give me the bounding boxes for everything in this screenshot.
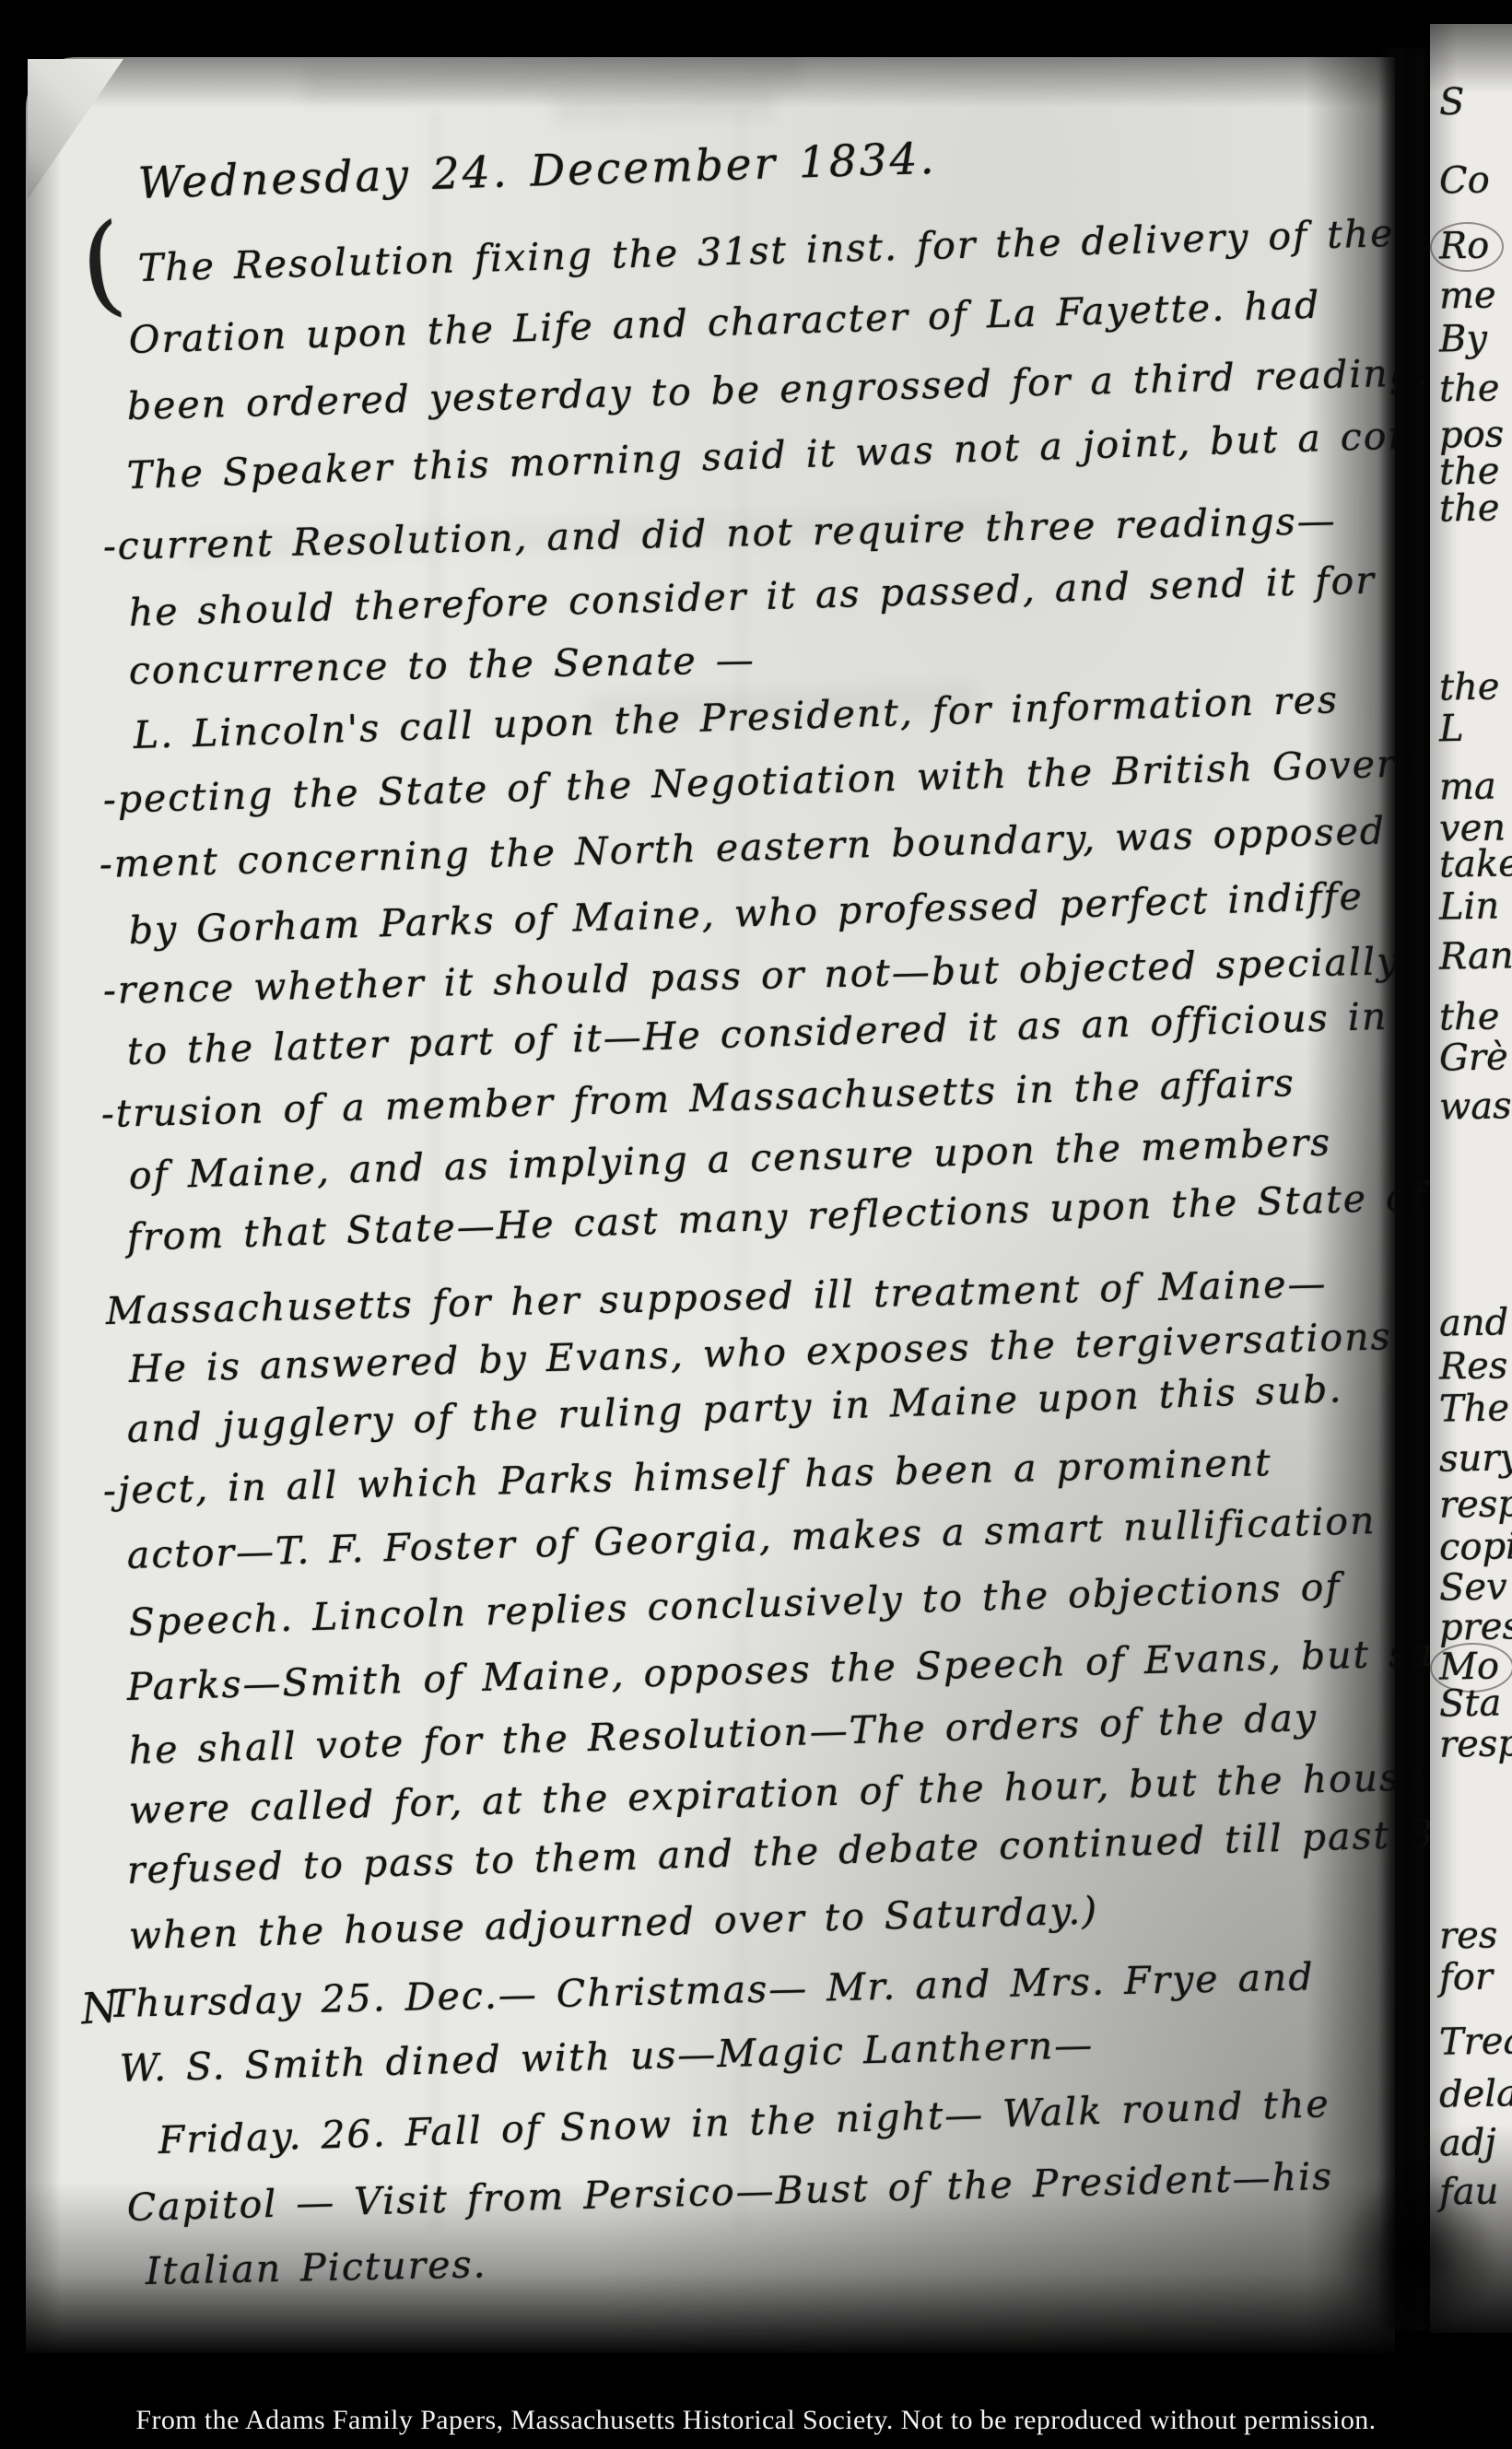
facing-page-fragment: resp: [1439, 1725, 1512, 1764]
facing-page-fragment: Sta: [1439, 1684, 1502, 1722]
facing-page-fragment: Grè: [1439, 1038, 1508, 1076]
facing-page-fragment: the: [1439, 489, 1500, 527]
facing-page-fragment: me: [1439, 276, 1496, 314]
facing-page-fragment: Co: [1439, 162, 1490, 200]
facing-page-fragment: the: [1439, 369, 1500, 407]
facing-page-fragment: Sev: [1439, 1568, 1507, 1606]
facing-page-fragment: and: [1439, 1304, 1509, 1342]
manuscript-line: concurrence to the Senate —: [129, 641, 756, 690]
facing-page-fragment: By: [1439, 321, 1488, 358]
facing-page-fragment: the: [1439, 998, 1500, 1036]
facing-page-fragment: sury: [1439, 1439, 1512, 1478]
binding-gutter-shadow-bottom: [1308, 2138, 1512, 2377]
facing-page-fragment: was: [1439, 1087, 1512, 1125]
facing-page-fragment: dela: [1439, 2075, 1512, 2113]
facing-page-fragment: Res: [1439, 1347, 1508, 1385]
facing-page-fragment: for: [1439, 1958, 1494, 1996]
facing-page-fragment: pres: [1439, 1608, 1512, 1646]
facing-page-fragment: the: [1439, 452, 1500, 490]
facing-page-fragment: The: [1439, 1389, 1510, 1427]
caption-bar: From the Adams Family Papers, Massachuse…: [0, 2392, 1512, 2449]
facing-page-fragment: Ran: [1439, 937, 1512, 975]
facing-page-fragment: S: [1439, 84, 1465, 121]
facing-page-fragment: the: [1439, 668, 1500, 706]
facing-page-fragment: Lin: [1439, 887, 1500, 925]
facing-page-fragment: Trea: [1439, 2022, 1512, 2061]
facing-page-fragment: ven: [1439, 809, 1506, 847]
facing-page-fragment: ma: [1439, 768, 1496, 805]
facing-page-fragment: resp: [1439, 1485, 1512, 1524]
facing-page-fragment: res: [1439, 1916, 1498, 1954]
facing-page-fragment: take: [1439, 845, 1512, 884]
manuscript-line: Italian Pictures.: [145, 2245, 486, 2291]
binding-gutter-shadow: [1378, 48, 1436, 2331]
archive-credit-caption: From the Adams Family Papers, Massachuse…: [0, 2405, 1512, 2436]
facing-page-fragment: L: [1439, 710, 1464, 747]
diary-page-scan: Wednesday 24. December 1834. ( N The Res…: [0, 0, 1512, 2449]
facing-page-fragment: pos: [1439, 416, 1505, 453]
facing-page-fragment: copi: [1439, 1528, 1512, 1565]
